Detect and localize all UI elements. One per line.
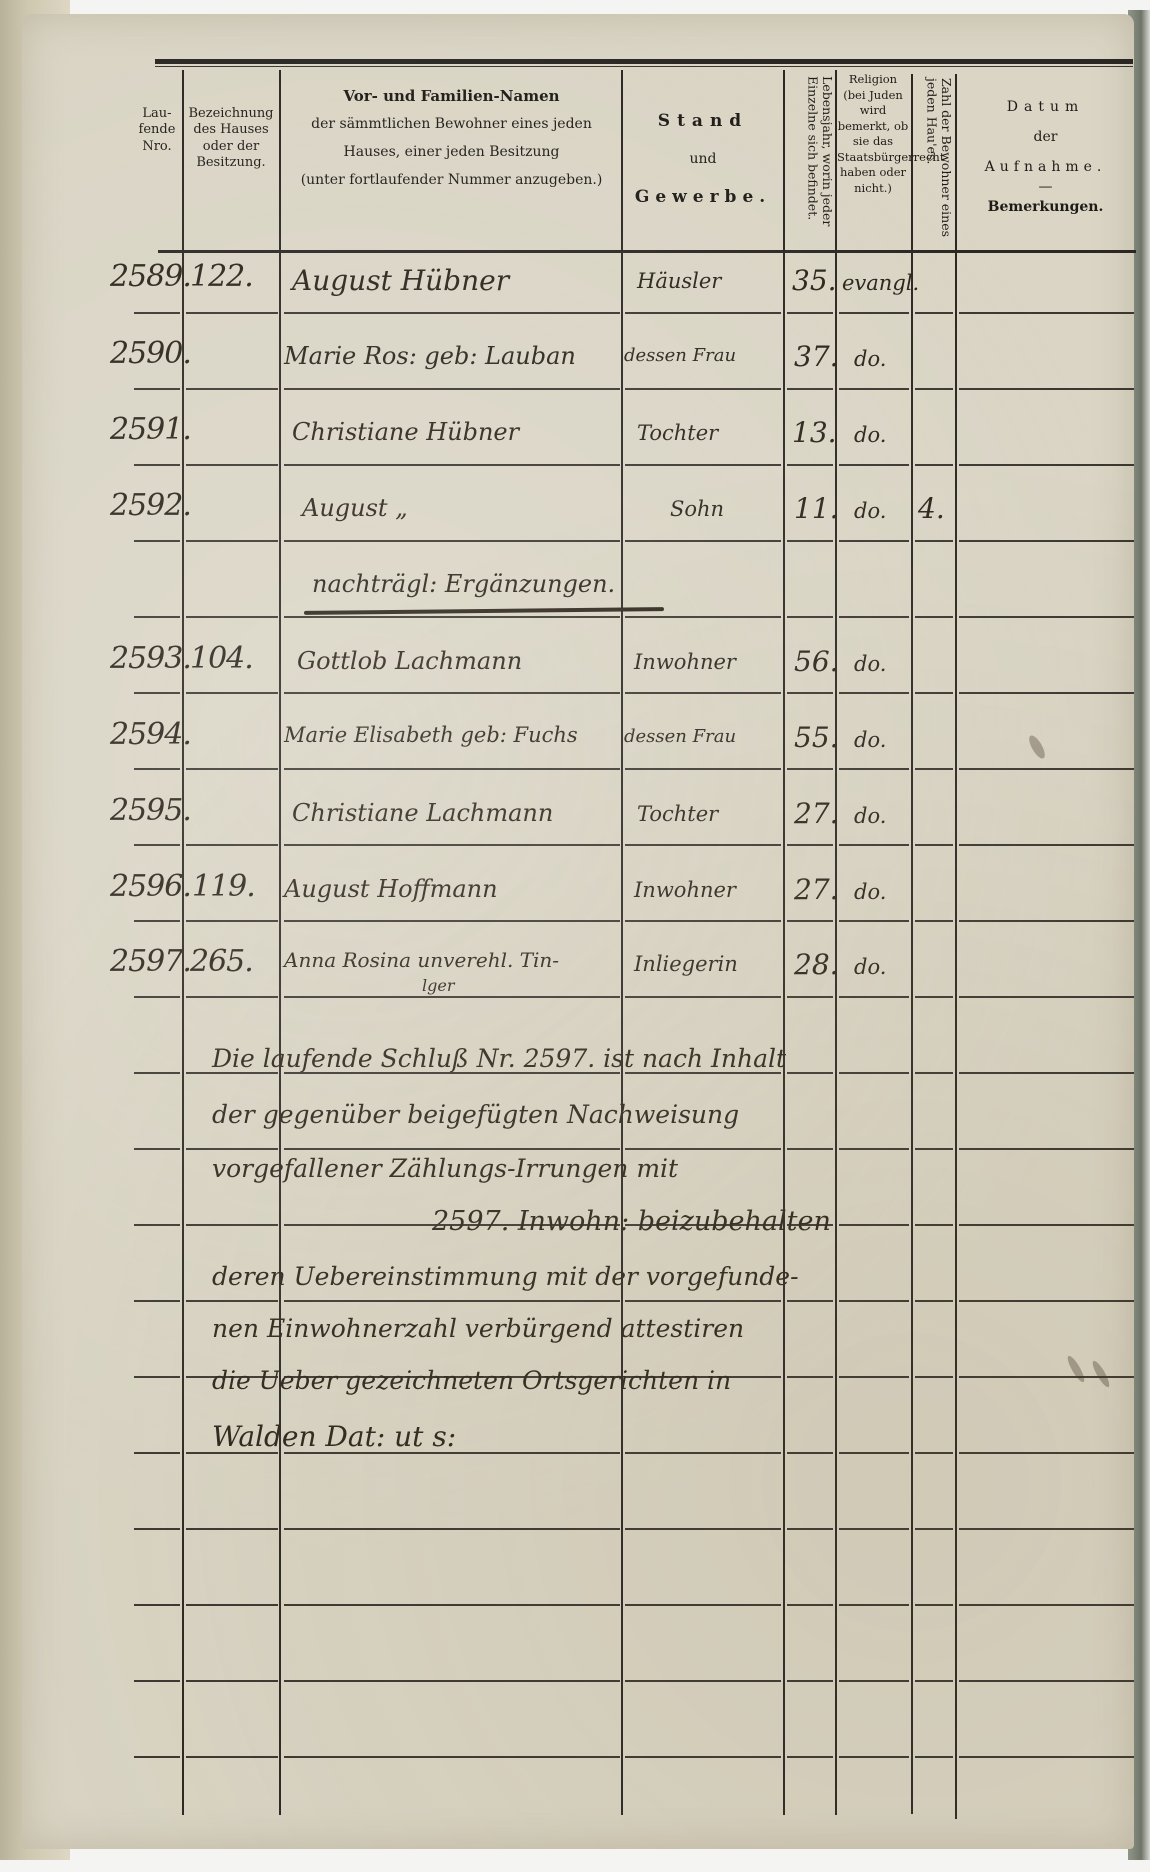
row-separator (787, 1528, 833, 1530)
row-separator (625, 1756, 781, 1758)
row-separator (959, 920, 1134, 922)
row-name: August Hübner (292, 264, 509, 297)
header-col-nr-text: Lau- fende Nro. (139, 106, 176, 154)
row-separator (915, 996, 953, 998)
row-separator (839, 844, 909, 846)
row-separator (134, 1452, 180, 1454)
row-separator (959, 388, 1134, 390)
row-separator (959, 540, 1134, 542)
row-separator (134, 1224, 180, 1226)
row-name: Gottlob Lachmann (297, 647, 522, 675)
row-name: Christiane Hübner (292, 418, 519, 446)
row-separator (134, 616, 180, 618)
row-separator (134, 540, 180, 542)
row-religion: do. (854, 880, 886, 904)
header-col-religion: Religion (bei Juden wird bemerkt, ob sie… (837, 72, 909, 196)
row-separator (625, 1224, 781, 1226)
row-separator (134, 388, 180, 390)
row-separator (625, 616, 781, 618)
row-separator (186, 616, 278, 618)
row-separator (186, 1756, 278, 1758)
row-separator (959, 464, 1134, 466)
header-date-1: Datum (958, 92, 1133, 122)
row-house: 104. (190, 641, 253, 676)
row-separator (625, 1072, 781, 1074)
header-names-sub2: Hauses, einer jeden Besitzung (284, 138, 619, 166)
row-separator (625, 1376, 781, 1378)
top-rule-thin (155, 66, 1133, 67)
row-name: Marie Elisabeth geb: Fuchs (284, 723, 578, 747)
row-separator (959, 1528, 1134, 1530)
row-separator (625, 920, 781, 922)
row-separator (625, 540, 781, 542)
row-separator (284, 1452, 620, 1454)
header-stand-2: und (624, 140, 782, 178)
header-age-text: Lebensjahr, worin jeder Einzelne sich be… (806, 76, 835, 226)
header-col-count: Zahl der Bewohner eines jeden Hau'es. (913, 78, 953, 246)
row-separator (134, 1148, 180, 1150)
header-col-nr: Lau- fende Nro. (134, 106, 180, 155)
row-nr: 2592. (110, 488, 191, 523)
row-separator (915, 1604, 953, 1606)
row-separator (787, 768, 833, 770)
row-separator (959, 1452, 1134, 1454)
row-separator (787, 1148, 833, 1150)
row-stand: Inliegerin (634, 952, 738, 976)
row-separator (959, 616, 1134, 618)
row-separator (134, 1300, 180, 1302)
closing-line: der gegenüber beigefügten Nachweisung (212, 1100, 739, 1129)
header-col-house: Bezeichnung des Hauses oder der Besitzun… (185, 106, 277, 171)
row-separator (787, 1072, 833, 1074)
row-separator (787, 540, 833, 542)
header-col-house-text: Bezeichnung des Hauses oder der Besitzun… (188, 106, 273, 170)
header-names-sub3: (unter fortlaufender Nummer anzugeben.) (284, 166, 619, 194)
supplement-heading: nachträgl: Ergänzungen. (312, 570, 615, 598)
row-separator (839, 1300, 909, 1302)
row-separator (915, 540, 953, 542)
row-separator (787, 692, 833, 694)
row-separator (134, 844, 180, 846)
row-separator (284, 1148, 620, 1150)
row-separator (787, 388, 833, 390)
row-separator (186, 1072, 278, 1074)
row-separator (134, 920, 180, 922)
col-line-6 (911, 74, 913, 1814)
row-separator (284, 1604, 620, 1606)
row-separator (186, 388, 278, 390)
col-line-3 (621, 70, 623, 1815)
row-separator (625, 1604, 781, 1606)
header-col-names: Vor- und Familien-Namen der sämmtlichen … (284, 82, 619, 194)
col-line-4 (783, 70, 785, 1815)
row-nr: 2596. (110, 869, 191, 904)
row-name: August „ (302, 494, 408, 522)
row-separator (959, 312, 1134, 314)
row-stand: Sohn (670, 497, 724, 521)
row-age: 35. (792, 264, 837, 297)
header-stand-1: Stand (624, 102, 782, 140)
row-separator (625, 388, 781, 390)
row-separator (839, 1528, 909, 1530)
row-separator (186, 844, 278, 846)
row-separator (839, 1376, 909, 1378)
row-separator (839, 1452, 909, 1454)
closing-line: Die laufende Schluß Nr. 2597. ist nach I… (212, 1044, 786, 1073)
row-separator (284, 388, 620, 390)
row-separator (625, 1452, 781, 1454)
row-separator (284, 464, 620, 466)
row-separator (625, 1300, 781, 1302)
row-separator (284, 844, 620, 846)
row-separator (787, 1376, 833, 1378)
row-stand: Tochter (637, 802, 718, 826)
row-separator (959, 1224, 1134, 1226)
row-religion: evangl. (842, 271, 919, 295)
row-nr: 2591. (110, 412, 191, 447)
row-separator (787, 616, 833, 618)
row-separator (284, 1680, 620, 1682)
row-name-line2: lger (422, 976, 454, 995)
row-separator (915, 1376, 953, 1378)
closing-line: 2597. Inwohn: beizubehalten (432, 1206, 831, 1237)
row-separator (134, 1756, 180, 1758)
row-separator (284, 1756, 620, 1758)
ink-smudge (1026, 733, 1048, 761)
row-religion: do. (854, 423, 886, 447)
row-religion: do. (854, 652, 886, 676)
row-separator (959, 1376, 1134, 1378)
top-rule (155, 59, 1133, 64)
row-separator (915, 1148, 953, 1150)
row-separator (134, 996, 180, 998)
header-col-date: Datum der Aufnahme. — Bemerkungen. (958, 92, 1133, 222)
row-separator (959, 1680, 1134, 1682)
row-separator (839, 1604, 909, 1606)
row-separator (839, 616, 909, 618)
row-separator (625, 1680, 781, 1682)
row-house: 122. (190, 259, 253, 294)
ink-smudge (1090, 1359, 1112, 1389)
row-name: August Hoffmann (284, 875, 498, 903)
row-separator (839, 692, 909, 694)
row-separator (787, 1604, 833, 1606)
row-separator (186, 1224, 278, 1226)
row-separator (625, 1148, 781, 1150)
row-separator (625, 692, 781, 694)
row-separator (134, 1604, 180, 1606)
row-age: 55. (794, 721, 839, 754)
row-age: 27. (794, 873, 839, 906)
header-stand-3: Gewerbe. (624, 178, 782, 216)
row-separator (959, 1604, 1134, 1606)
row-nr: 2589. (110, 259, 191, 294)
row-separator (186, 1148, 278, 1150)
row-separator (284, 312, 620, 314)
row-separator (186, 464, 278, 466)
row-separator (959, 692, 1134, 694)
row-separator (284, 1300, 620, 1302)
row-house: 265. (190, 944, 253, 979)
row-separator (134, 464, 180, 466)
row-separator (284, 768, 620, 770)
col-line-2 (279, 70, 281, 1815)
row-separator (915, 464, 953, 466)
row-age: 11. (794, 492, 839, 525)
row-separator (186, 1452, 278, 1454)
row-separator (186, 1680, 278, 1682)
row-separator (284, 692, 620, 694)
row-separator (915, 1452, 953, 1454)
row-separator (134, 312, 180, 314)
row-separator (959, 1300, 1134, 1302)
row-separator (839, 388, 909, 390)
col-line-7 (955, 74, 957, 1819)
row-separator (915, 1300, 953, 1302)
header-col-stand: Stand und Gewerbe. (624, 102, 782, 216)
row-separator (134, 1072, 180, 1074)
header-count-text: Zahl der Bewohner eines jeden Hau'es. (925, 78, 954, 237)
row-separator (959, 1756, 1134, 1758)
row-separator (915, 1680, 953, 1682)
row-separator (787, 1452, 833, 1454)
header-date-4: Bemerkungen. (958, 192, 1133, 222)
row-name: Anna Rosina unverehl. Tin- (284, 948, 559, 972)
row-separator (839, 1148, 909, 1150)
closing-line: deren Uebereinstimmung mit der vorgefund… (212, 1262, 799, 1291)
row-separator (186, 692, 278, 694)
header-date-3: Aufnahme. (958, 152, 1133, 182)
row-separator (186, 1528, 278, 1530)
row-separator (284, 616, 620, 618)
ink-smudge (1065, 1354, 1087, 1384)
row-separator (915, 1072, 953, 1074)
closing-line: nen Einwohnerzahl verbürgend attestiren (212, 1314, 744, 1343)
row-separator (284, 1224, 620, 1226)
row-separator (915, 1756, 953, 1758)
row-separator (787, 996, 833, 998)
row-age: 37. (794, 340, 839, 373)
row-separator (284, 1528, 620, 1530)
row-separator (284, 1072, 620, 1074)
row-household-count: 4. (918, 492, 945, 525)
header-religion-text: Religion (bei Juden wird bemerkt, ob sie… (837, 72, 944, 195)
row-separator (839, 1072, 909, 1074)
row-nr: 2593. (110, 641, 191, 676)
row-age: 13. (792, 416, 837, 449)
row-separator (787, 464, 833, 466)
row-separator (915, 692, 953, 694)
row-separator (186, 768, 278, 770)
closing-line: vorgefallener Zählungs-Irrungen mit (212, 1154, 678, 1183)
row-separator (839, 920, 909, 922)
row-stand: dessen Frau (624, 726, 736, 747)
header-col-age: Lebensjahr, worin jeder Einzelne sich be… (786, 76, 834, 248)
row-separator (284, 540, 620, 542)
register-page: Lau- fende Nro. Bezeichnung des Hauses o… (22, 14, 1134, 1849)
row-separator (186, 540, 278, 542)
row-separator (787, 1756, 833, 1758)
row-separator (625, 464, 781, 466)
row-separator (186, 312, 278, 314)
row-religion: do. (854, 499, 886, 523)
row-separator (787, 920, 833, 922)
row-separator (959, 1072, 1134, 1074)
closing-line: die Ueber gezeichneten Ortsgerichten in (212, 1366, 731, 1395)
row-separator (787, 844, 833, 846)
header-names-title: Vor- und Familien-Namen (284, 82, 619, 110)
row-nr: 2595. (110, 793, 191, 828)
row-stand: Häusler (637, 269, 721, 293)
row-separator (915, 1224, 953, 1226)
row-religion: do. (854, 347, 886, 371)
row-house: 119. (192, 869, 255, 904)
row-separator (915, 768, 953, 770)
row-age: 56. (794, 645, 839, 678)
row-separator (625, 844, 781, 846)
row-separator (284, 996, 620, 998)
row-separator (787, 1680, 833, 1682)
header-date-dash: — (958, 182, 1133, 192)
col-line-5 (835, 70, 837, 1815)
row-religion: do. (854, 955, 886, 979)
header-bottom-rule (158, 250, 1136, 253)
row-separator (915, 920, 953, 922)
row-separator (839, 1756, 909, 1758)
row-name: Christiane Lachmann (292, 799, 553, 827)
row-separator (915, 312, 953, 314)
row-age: 28. (794, 948, 839, 981)
row-separator (839, 540, 909, 542)
row-separator (787, 1224, 833, 1226)
row-separator (787, 312, 833, 314)
row-separator (134, 692, 180, 694)
row-nr: 2597. (110, 944, 191, 979)
row-separator (625, 996, 781, 998)
closing-line: Walden Dat: ut s: (212, 1420, 456, 1453)
col-line-1 (182, 70, 184, 1815)
row-separator (625, 1528, 781, 1530)
supplement-underline (304, 607, 664, 615)
row-separator (186, 920, 278, 922)
row-separator (625, 312, 781, 314)
row-age: 27. (794, 797, 839, 830)
header-date-2: der (958, 122, 1133, 152)
row-separator (284, 920, 620, 922)
row-separator (959, 996, 1134, 998)
row-separator (839, 464, 909, 466)
row-separator (839, 312, 909, 314)
row-separator (186, 1376, 278, 1378)
row-separator (915, 388, 953, 390)
row-stand: dessen Frau (624, 345, 736, 366)
row-separator (959, 844, 1134, 846)
row-separator (134, 1376, 180, 1378)
row-separator (186, 1604, 278, 1606)
row-stand: Inwohner (634, 650, 736, 674)
row-religion: do. (854, 804, 886, 828)
row-name: Marie Ros: geb: Lauban (284, 342, 576, 370)
row-separator (284, 1376, 620, 1378)
row-nr: 2594. (110, 717, 191, 752)
row-separator (839, 1224, 909, 1226)
row-stand: Inwohner (634, 878, 736, 902)
row-separator (839, 996, 909, 998)
row-separator (134, 1680, 180, 1682)
row-separator (915, 616, 953, 618)
row-separator (134, 1528, 180, 1530)
header-names-sub1: der sämmtlichen Bewohner eines jeden (284, 110, 619, 138)
row-separator (787, 1300, 833, 1302)
row-separator (625, 768, 781, 770)
row-separator (186, 1300, 278, 1302)
row-separator (915, 1528, 953, 1530)
row-separator (839, 768, 909, 770)
row-separator (186, 996, 278, 998)
row-separator (839, 1680, 909, 1682)
row-separator (915, 844, 953, 846)
row-separator (959, 768, 1134, 770)
row-nr: 2590. (110, 336, 191, 371)
row-separator (959, 1148, 1134, 1150)
row-separator (134, 768, 180, 770)
row-religion: do. (854, 728, 886, 752)
row-stand: Tochter (637, 421, 718, 445)
